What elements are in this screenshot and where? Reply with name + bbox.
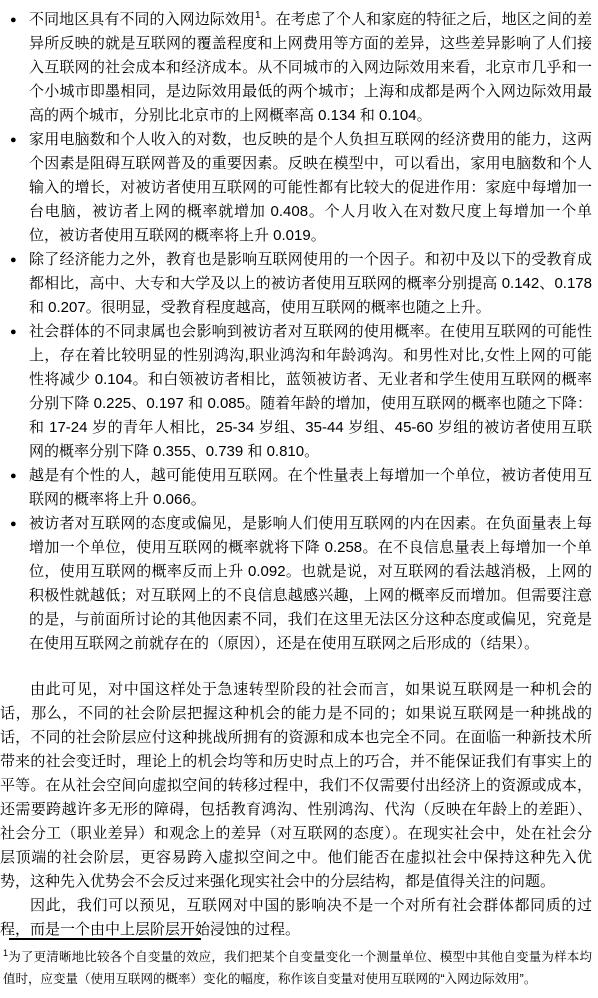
footnote: 1为了更清晰地比较各个自变量的效应，我们把某个自变量变化一个测量单位、模型中其他… (3, 946, 592, 990)
list-item: ● 被访者对互联网的态度或偏见，是影响人们使用互联网的内在因素。在负面量表上每增… (0, 512, 592, 656)
bullet-text-start: 不同地区具有不同的入网边际效用 (29, 11, 255, 28)
footnote-text: 为了更清晰地比较各个自变量的效应，我们把某个自变量变化一个测量单位、模型中其他自… (3, 950, 592, 986)
footnote-separator (9, 938, 201, 940)
bullet-icon: ● (10, 320, 17, 344)
document-page: ● 不同地区具有不同的入网边际效用1。在考虑了个人和家庭的特征之后，地区之间的差… (0, 0, 598, 998)
bullet-text: 越是有个性的人，越可能使用互联网。在个性量表上每增加一个单位，被访者使用互联网的… (29, 467, 592, 508)
list-item: ● 除了经济能力之外，教育也是影响互联网使用的一个因子。和初中及以下的受教育成都… (0, 248, 592, 320)
list-item: ● 家用电脑数和个人收入的对数，也反映的是个人负担互联网的经济费用的能力，这两个… (0, 128, 592, 248)
list-item: ● 越是有个性的人，越可能使用互联网。在个性量表上每增加一个单位，被访者使用互联… (0, 464, 592, 512)
bullet-icon: ● (10, 464, 17, 488)
bullet-text: 被访者对互联网的态度或偏见，是影响人们使用互联网的内在因素。在负面量表上每增加一… (29, 515, 592, 652)
list-item: ● 不同地区具有不同的入网边际效用1。在考虑了个人和家庭的特征之后，地区之间的差… (0, 8, 592, 128)
bullet-icon: ● (10, 512, 17, 536)
bullet-text: 社会群体的不同隶属也会影响到被访者对互联网的使用概率。在使用互联网的可能性上，存… (29, 323, 592, 460)
bullet-icon: ● (10, 248, 17, 272)
bullet-icon: ● (10, 8, 17, 32)
bullet-text: 不同地区具有不同的入网边际效用1。在考虑了个人和家庭的特征之后，地区之间的差异所… (29, 11, 592, 124)
list-item: ● 社会群体的不同隶属也会影响到被访者对互联网的使用概率。在使用互联网的可能性上… (0, 320, 592, 464)
bullet-text: 除了经济能力之外，教育也是影响互联网使用的一个因子。和初中及以下的受教育成都相比… (29, 251, 592, 316)
bullet-text: 家用电脑数和个人收入的对数，也反映的是个人负担互联网的经济费用的能力，这两个因素… (29, 131, 592, 244)
body-paragraph: 因此，我们可以预见，互联网对中国的影响决不是一个对所有社会群体都同质的过程，而是… (0, 894, 592, 942)
body-paragraph: 由此可见，对中国这样处于急速转型阶段的社会而言，如果说互联网是一种机会的话，那么… (0, 678, 592, 894)
footnote-section: 1为了更清晰地比较各个自变量的效应，我们把某个自变量变化一个测量单位、模型中其他… (0, 938, 598, 990)
bullet-list: ● 不同地区具有不同的入网边际效用1。在考虑了个人和家庭的特征之后，地区之间的差… (0, 8, 592, 656)
bullet-icon: ● (10, 128, 17, 152)
